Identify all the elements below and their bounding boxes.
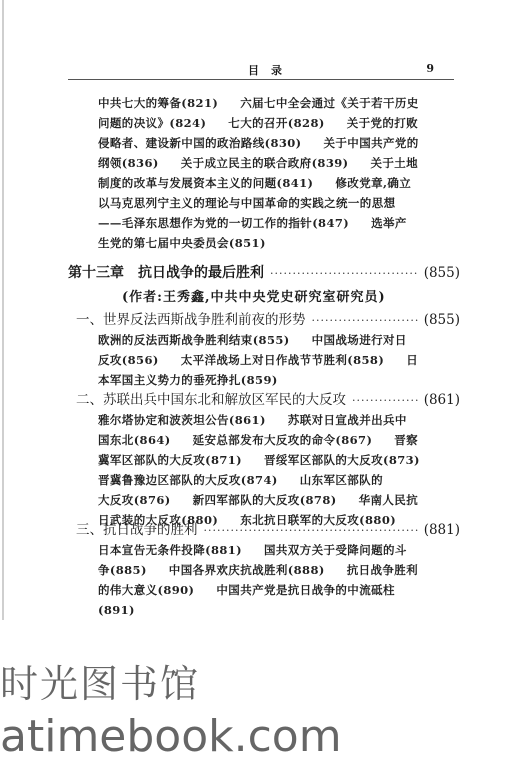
- toc-entry[interactable]: 纲领(836): [98, 156, 159, 170]
- toc-entry[interactable]: 冀军区部队的大反攻(871): [98, 453, 242, 467]
- section-heading-1[interactable]: 一、世界反法西斯战争胜利前夜的形势 (855): [76, 308, 460, 328]
- toc-entry[interactable]: 中国各界欢庆抗战胜利(888): [169, 563, 325, 577]
- toc-entry[interactable]: 晋冀鲁豫边区部队的大反攻(874): [98, 473, 278, 487]
- toc-entry[interactable]: 抗日战争胜利: [347, 563, 418, 577]
- toc-entry[interactable]: 修改党章,确立: [335, 176, 411, 190]
- running-head: 目录 9: [68, 62, 440, 80]
- toc-entry[interactable]: 中国战场进行对日: [312, 333, 407, 347]
- chapter-number: 第十三章: [68, 262, 124, 282]
- dot-leader: [204, 524, 418, 537]
- watermark-chinese: 时光图书馆: [0, 662, 200, 706]
- toc-entry[interactable]: 欧洲的反法西斯战争胜利结束(855): [98, 333, 290, 347]
- section-page: (855): [424, 312, 460, 328]
- dot-leader: [352, 394, 418, 407]
- entry-line: 的伟大意义(890)中国共产党是抗日战争的中流砥柱: [98, 580, 446, 600]
- toc-entry[interactable]: 关于中国共产党的: [324, 136, 419, 150]
- section-page: (861): [424, 392, 460, 408]
- toc-entry[interactable]: 雅尔塔协定和波茨坦公告(861): [98, 413, 266, 427]
- entry-line: 中共七大的筹备(821)六届七中全会通过《关于若干历史: [98, 93, 446, 113]
- entry-line: (891): [98, 600, 446, 620]
- toc-entry[interactable]: 关于成立民主的联合政府(839): [181, 156, 349, 170]
- section-1-entries: 欧洲的反法西斯战争胜利结束(855)中国战场进行对日反攻(856)太平洋战场上对…: [98, 330, 446, 390]
- toc-entry[interactable]: 选举产: [371, 216, 407, 230]
- header-rule: [68, 79, 454, 80]
- toc-entry[interactable]: 国共双方关于受降问题的斗: [264, 543, 407, 557]
- entry-line: 本军国主义势力的垂死挣扎(859): [98, 370, 446, 390]
- toc-entry[interactable]: 生党的第七届中央委员会(851): [98, 236, 266, 250]
- section-title: 三、抗日战争的胜利: [76, 518, 198, 538]
- section-title: 一、世界反法西斯战争胜利前夜的形势: [76, 308, 306, 328]
- toc-entry[interactable]: 太平洋战场上对日作战节节胜利(858): [181, 353, 385, 367]
- toc-entry[interactable]: 中国共产党是抗日战争的中流砥柱: [216, 583, 395, 597]
- entry-line: ——毛泽东思想作为党的一切工作的指针(847)选举产: [98, 213, 446, 233]
- section-heading-2[interactable]: 二、苏联出兵中国东北和解放区军民的大反攻 (861): [76, 388, 460, 408]
- toc-entry[interactable]: 问题的决议》(824): [98, 116, 206, 130]
- section-title: 二、苏联出兵中国东北和解放区军民的大反攻: [76, 388, 346, 408]
- toc-entry[interactable]: (891): [98, 603, 135, 617]
- toc-entry[interactable]: 华南人民抗: [359, 493, 419, 507]
- continued-entries: 中共七大的筹备(821)六届七中全会通过《关于若干历史问题的决议》(824)七大…: [98, 93, 446, 253]
- toc-entry[interactable]: 晋绥军区部队的大反攻(873): [264, 453, 420, 467]
- toc-entry[interactable]: 关于土地: [370, 156, 418, 170]
- entry-line: 冀军区部队的大反攻(871)晋绥军区部队的大反攻(873): [98, 450, 446, 470]
- watermark-url: atimebook.com: [0, 712, 342, 762]
- toc-entry[interactable]: 日本宣告无条件投降(881): [98, 543, 242, 557]
- entry-line: 反攻(856)太平洋战场上对日作战节节胜利(858)日: [98, 350, 446, 370]
- section-3-entries: 日本宣告无条件投降(881)国共双方关于受降问题的斗争(885)中国各界欢庆抗战…: [98, 540, 446, 620]
- toc-entry[interactable]: 日: [406, 353, 418, 367]
- toc-entry[interactable]: 侵略者、建设新中国的政治路线(830): [98, 136, 302, 150]
- toc-entry[interactable]: 大反攻(876): [98, 493, 171, 507]
- entry-line: 大反攻(876)新四军部队的大反攻(878)华南人民抗: [98, 490, 446, 510]
- entry-line: 日本宣告无条件投降(881)国共双方关于受降问题的斗: [98, 540, 446, 560]
- toc-entry[interactable]: 关于党的打败: [347, 116, 418, 130]
- toc-entry[interactable]: 中共七大的筹备(821): [98, 96, 218, 110]
- entry-line: 纲领(836)关于成立民主的联合政府(839)关于土地: [98, 153, 446, 173]
- toc-entry[interactable]: ——毛泽东思想作为党的一切工作的指针(847): [98, 216, 349, 230]
- page-edge-line: [2, 0, 4, 620]
- entry-line: 欧洲的反法西斯战争胜利结束(855)中国战场进行对日: [98, 330, 446, 350]
- chapter-author: (作者:王秀鑫,中共中央党史研究室研究员): [122, 286, 386, 305]
- section-page: (881): [424, 522, 460, 538]
- entry-line: 争(885)中国各界欢庆抗战胜利(888)抗日战争胜利: [98, 560, 446, 580]
- entry-line: 侵略者、建设新中国的政治路线(830)关于中国共产党的: [98, 133, 446, 153]
- toc-entry[interactable]: 以马克思列宁主义的理论与中国革命的实践之统一的思想: [98, 196, 396, 210]
- toc-entry[interactable]: 六届七中全会通过《关于若干历史: [240, 96, 419, 110]
- toc-entry[interactable]: 反攻(856): [98, 353, 159, 367]
- toc-entry[interactable]: 国东北(864): [98, 433, 171, 447]
- chapter-title: 抗日战争的最后胜利: [138, 262, 264, 282]
- page-number: 9: [426, 62, 434, 75]
- running-head-title: 目录: [248, 62, 294, 78]
- entry-line: 国东北(864)延安总部发布大反攻的命令(867)晋察: [98, 430, 446, 450]
- entry-line: 雅尔塔协定和波茨坦公告(861)苏联对日宣战并出兵中: [98, 410, 446, 430]
- toc-entry[interactable]: 延安总部发布大反攻的命令(867): [193, 433, 373, 447]
- entry-line: 制度的改革与发展资本主义的问题(841)修改党章,确立: [98, 173, 446, 193]
- toc-entry[interactable]: 七大的召开(828): [228, 116, 324, 130]
- toc-entry[interactable]: 争(885): [98, 563, 147, 577]
- toc-entry[interactable]: 山东军区部队的: [300, 473, 383, 487]
- dot-leader: [270, 267, 418, 280]
- section-2-entries: 雅尔塔协定和波茨坦公告(861)苏联对日宣战并出兵中国东北(864)延安总部发布…: [98, 410, 446, 530]
- chapter-page: (855): [424, 265, 460, 281]
- toc-entry[interactable]: 的伟大意义(890): [98, 583, 194, 597]
- entry-line: 问题的决议》(824)七大的召开(828)关于党的打败: [98, 113, 446, 133]
- toc-entry[interactable]: 新四军部队的大反攻(878): [193, 493, 337, 507]
- entry-line: 以马克思列宁主义的理论与中国革命的实践之统一的思想: [98, 193, 446, 213]
- entry-line: 晋冀鲁豫边区部队的大反攻(874)山东军区部队的: [98, 470, 446, 490]
- section-heading-3[interactable]: 三、抗日战争的胜利 (881): [76, 518, 460, 538]
- toc-entry[interactable]: 苏联对日宣战并出兵中: [288, 413, 407, 427]
- toc-entry[interactable]: 晋察: [394, 433, 418, 447]
- toc-entry[interactable]: 本军国主义势力的垂死挣扎(859): [98, 373, 278, 387]
- dot-leader: [312, 314, 418, 327]
- chapter-heading[interactable]: 第十三章 抗日战争的最后胜利 (855): [68, 262, 460, 282]
- entry-line: 生党的第七届中央委员会(851): [98, 233, 446, 253]
- toc-entry[interactable]: 制度的改革与发展资本主义的问题(841): [98, 176, 313, 190]
